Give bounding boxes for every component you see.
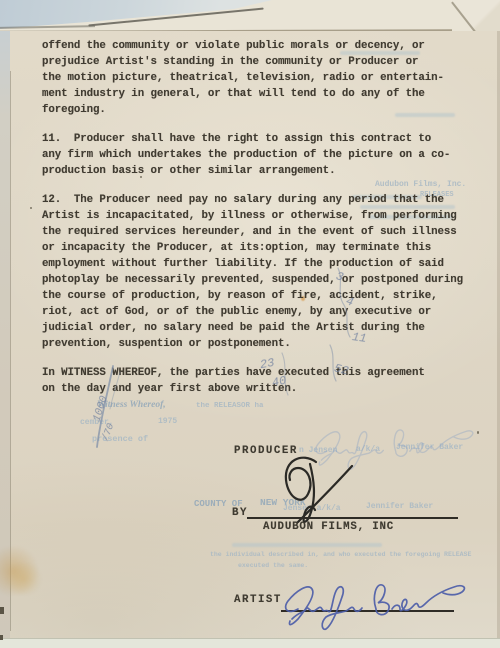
pencil-strokes [0, 31, 500, 648]
pencil-annotation: 23 [259, 356, 276, 372]
scanned-contract-page: Audubon Films, Inc.RELEASESWitness Where… [0, 0, 500, 648]
pencil-annotation: 40 [271, 374, 288, 391]
contract-page-paper: Audubon Films, Inc.RELEASESWitness Where… [0, 31, 500, 648]
pencil-annotation: 11 [351, 330, 367, 346]
